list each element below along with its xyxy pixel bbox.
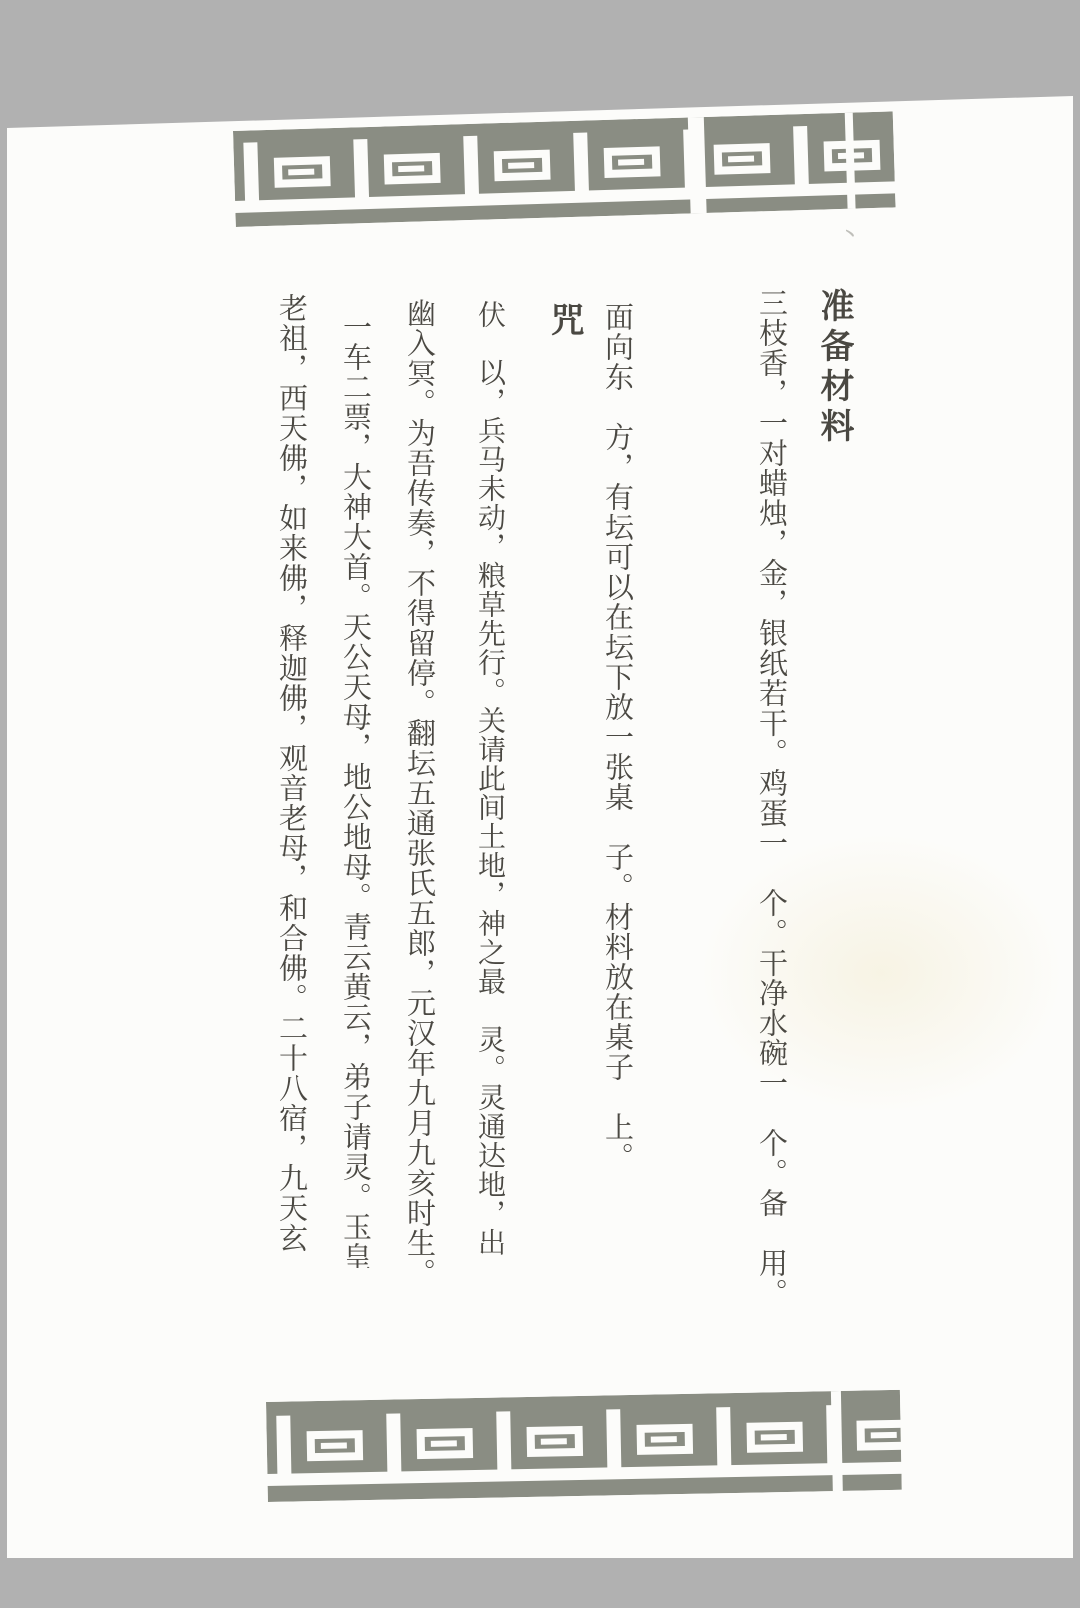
greek-key-border-bottom xyxy=(266,1390,902,1502)
border-seam xyxy=(831,1391,843,1491)
greek-key-pattern xyxy=(266,1390,902,1502)
greek-key-border-top xyxy=(233,111,896,227)
column-incantation-heading: 咒 xyxy=(540,302,589,337)
column-incantation-line-4: 老祖，西天佛，如来佛，释迦佛，观音老母，和合佛。二十八宿，九天玄 xyxy=(272,293,313,1253)
column-incantation-line-2: 幽入冥。为吾传奏，不得留停。翻坛五通张氏五郎，元汉年九月九亥时生。 xyxy=(400,298,441,1270)
scan-artifact-fragment: 卜丨 xyxy=(846,220,860,316)
column-incantation-line-3: 一车二票，大神大首。天公天母，地公地母。青云黄云，弟子请灵。玉皇 xyxy=(336,312,377,1268)
border-seam xyxy=(688,117,707,213)
column-materials-line-1: 三枝香，一对蜡烛，金，银纸若干。鸡蛋一 个。干净水碗一 个。备 用。 xyxy=(752,288,793,1308)
column-materials-line-2: 面向东 方，有坛可以在坛下放一张桌 子。材料放在桌子 上。 xyxy=(598,302,639,1172)
greek-key-pattern xyxy=(233,111,896,227)
column-incantation-line-1: 伏 以，兵马未动，粮草先行。关请此间土地，神之最 灵。灵通达地，出 xyxy=(470,300,510,1257)
